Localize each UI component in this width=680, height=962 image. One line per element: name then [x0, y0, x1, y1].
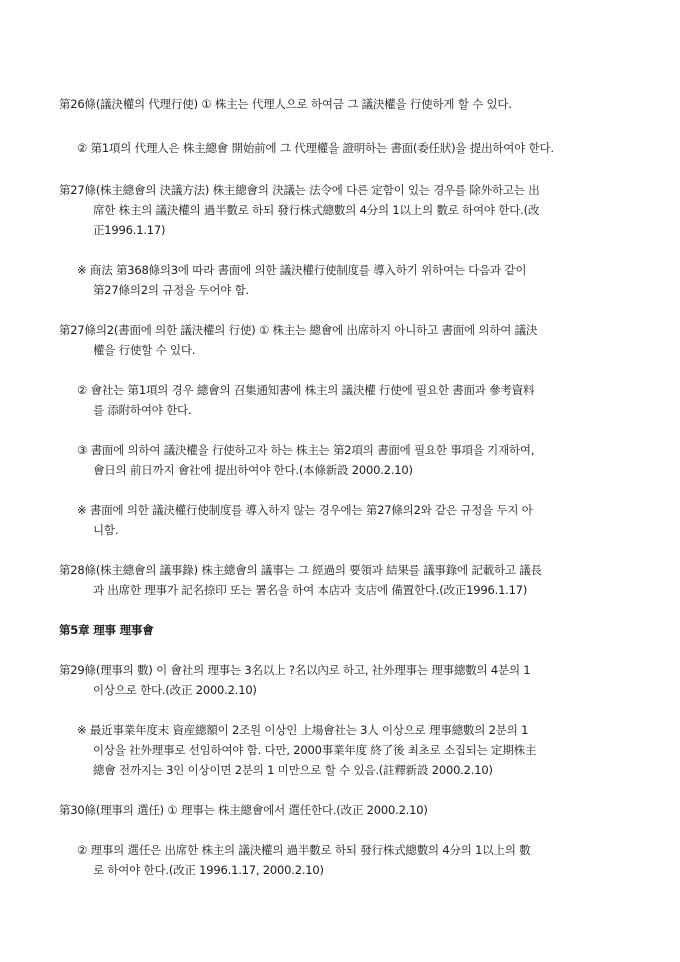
- document-page: 第26條(議決權의 代理行使) ① 株主는 代理人으로 하여금 그 議決權을 行…: [0, 0, 680, 962]
- note-2-line-2: 니함.: [93, 523, 118, 537]
- article-30-heading: 第30條(理事의 選任) ① 理事는 株主總會에서 選任한다.(改正 2000.…: [59, 803, 428, 817]
- article-27-line-3: 正1996.1.17): [93, 223, 165, 237]
- article-27-line-1: 第27條(株主總會의 決議方法) 株主總會의 決議는 法令에 다른 定함이 있는…: [59, 183, 540, 197]
- note-1-line-2: 第27條의2의 규정을 두어야 함.: [93, 283, 249, 297]
- note-3-line-3: 總會 전까지는 3인 이상이면 2분의 1 미만으로 할 수 있음.(註釋新設 …: [93, 763, 493, 777]
- article-27-2-para-3-line-2: 會日의 前日까지 會社에 提出하여야 한다.(本條新設 2000.2.10): [93, 463, 413, 477]
- note-2-line-1: ※ 書面에 의한 議決權行使制度를 導入하지 않는 경우에는 第27條의2와 같…: [77, 503, 533, 517]
- article-27-2-line-1: 第27條의2(書面에 의한 議決權의 行使) ① 株主는 總會에 出席하지 아니…: [59, 323, 537, 337]
- article-27-2-para-3-line-1: ③ 書面에 의하여 議決權을 行使하고자 하는 株主는 第2項의 書面에 필요한…: [77, 443, 534, 457]
- note-3-line-1: ※ 最近事業年度末 資産總額이 2조원 이상인 上場會社는 3人 이상으로 理事…: [77, 723, 528, 737]
- article-29-line-1: 第29條(理事의 數) 이 會社의 理事는 3名以上 ?名以內로 하고, 社外理…: [59, 663, 530, 677]
- note-1-line-1: ※ 商法 第368條의3에 따라 書面에 의한 議決權行使制度를 導入하기 위하…: [77, 263, 526, 277]
- article-26-heading: 第26條(議決權의 代理行使) ① 株主는 代理人으로 하여금 그 議決權을 行…: [59, 97, 512, 111]
- article-29-line-2: 이상으로 한다.(改正 2000.2.10): [93, 683, 257, 697]
- article-27-2-line-2: 權을 行使할 수 있다.: [93, 343, 195, 357]
- note-3-line-2: 이상을 社外理事로 선임하여야 함. 다만, 2000事業年度 終了後 최초로 …: [93, 743, 536, 757]
- article-26-paragraph-2: ② 第1項의 代理人은 株主總會 開始前에 그 代理權을 證明하는 書面(委任狀…: [77, 141, 554, 155]
- chapter-5-heading: 第5章 理事 理事會: [59, 623, 154, 637]
- article-28-line-2: 과 出席한 理事가 記名捺印 또는 署名을 하여 本店과 支店에 備置한다.(改…: [93, 583, 527, 597]
- article-30-para-2-line-1: ② 理事의 選任은 出席한 株主의 議決權의 過半數로 하되 發行株式總數의 4…: [77, 843, 531, 857]
- article-27-line-2: 席한 株主의 議決權의 過半數로 하되 發行株式總數의 4分의 1以上의 數로 …: [93, 203, 539, 217]
- article-27-2-para-2-line-1: ② 會社는 第1項의 경우 總會의 召集通知書에 株主의 議決權 行使에 필요한…: [77, 383, 534, 397]
- article-30-para-2-line-2: 로 하여야 한다.(改正 1996.1.17, 2000.2.10): [93, 863, 324, 877]
- article-27-2-para-2-line-2: 를 添附하여야 한다.: [93, 403, 191, 417]
- article-28-line-1: 第28條(株主總會의 議事錄) 株主總會의 議事는 그 經過의 要領과 結果를 …: [59, 563, 542, 577]
